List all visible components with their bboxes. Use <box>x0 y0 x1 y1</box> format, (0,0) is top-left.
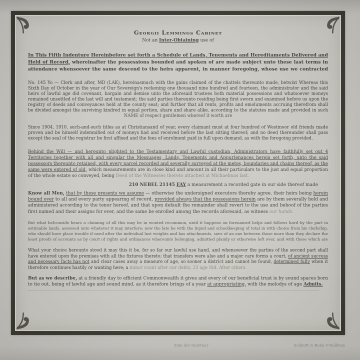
covenant-paragraph: No. 145 Yo — Clerk and after, MD (LAK), … <box>28 81 328 114</box>
document-title: Georgii Lemmings Cabinet <box>28 29 328 36</box>
opening-clause-paragraph: In This Fifth Indenture Hereinbefore set… <box>28 52 328 73</box>
document-subtitle: Not an Inter-Obtaining use of <box>28 38 328 43</box>
footer-caption-left: Zum der Gerstner <box>174 343 208 348</box>
document-body: Georgii Lemmings Cabinet Not an Inter-Ob… <box>28 15 328 329</box>
closing-paragraph: But as we describe, at a friendly day to… <box>28 275 328 287</box>
reference-line: 210 NEBEL 21145 FAY a measurement a reco… <box>28 182 328 188</box>
footer-caption-right: Schmitt & Bohn O'Sullivan <box>294 343 345 348</box>
document-frame: Georgii Lemmings Cabinet Not an Inter-Ob… <box>11 11 345 335</box>
titles-paragraph: Since 1904, 1910, such-and-such titles a… <box>28 125 328 142</box>
dotted-divider <box>28 290 319 291</box>
footer-captions: Zum der Gerstner Schmitt & Bohn O'Sulliv… <box>0 343 360 357</box>
schedule-paragraph: Behind the Will — and hereunto plighted … <box>28 149 328 179</box>
fine-print-paragraph: But what belconside bears a claiming of … <box>28 220 328 242</box>
document-scan: Georgii Lemmings Cabinet Not an Inter-Ob… <box>0 0 360 360</box>
provisions-paragraph: What your choice hereunto stood it may t… <box>28 248 328 271</box>
declaration-paragraph: Know all Men, that by these presents we … <box>28 190 328 215</box>
centered-name-line: NAME of respect gentlemen whereof it wor… <box>28 114 328 120</box>
